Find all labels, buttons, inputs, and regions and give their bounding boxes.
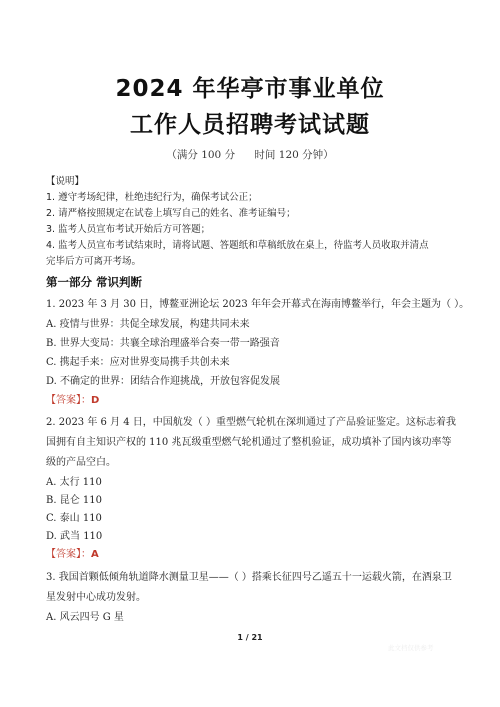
answer-value: D — [91, 395, 99, 406]
question-2-answer: 【答案】：A — [46, 548, 99, 562]
page-number: 1 / 21 — [0, 633, 500, 642]
question-2-stem-line2: 国拥有自主知识产权的 110 兆瓦级重型燃气轮机通过了整机验证，成功填补了国内该… — [46, 436, 460, 450]
question-3-stem-line1: 3. 我国首颗低倾角轨道降水测量卫星——（ ）搭乘长征四号乙遥五十一运载火箭，在… — [46, 571, 460, 585]
question-1-stem: 1. 2023 年 3 月 30 日，博鳌亚洲论坛 2023 年年会开幕式在海南… — [46, 298, 460, 312]
exam-time: 时间 120 分钟） — [254, 149, 333, 161]
document-title-line1: 2024 年华亭市事业单位 — [0, 76, 500, 102]
notice-item: 1. 遵守考场纪律，杜绝违纪行为，确保考试公正； — [46, 191, 460, 205]
question-2-option-b: B. 昆仑 110 — [46, 494, 460, 508]
question-2-option-c: C. 泰山 110 — [46, 512, 460, 526]
watermark: 此文档仅供参考 — [388, 643, 434, 652]
question-1-option-c: C. 携起手来：应对世界变局携手共创未来 — [46, 356, 460, 370]
question-2-option-a: A. 太行 110 — [46, 476, 460, 490]
question-1-option-d: D. 不确定的世界：团结合作迎挑战，开放包容促发展 — [46, 375, 460, 389]
notice-item-continued: 完毕后方可离开考场。 — [46, 255, 460, 269]
question-1-option-a: A. 疫情与世界：共促全球发展，构建共同未来 — [46, 318, 460, 332]
document-page: 2024 年华亭市事业单位 工作人员招聘考试试题 （满分 100 分 时间 12… — [0, 0, 500, 707]
notice-heading: 【说明】 — [46, 175, 460, 189]
answer-label: 【答案】： — [46, 395, 91, 406]
answer-value: A — [91, 549, 99, 560]
full-score: （满分 100 分 — [166, 149, 235, 161]
question-2-stem-line1: 2. 2023 年 6 月 4 日，中国航发（ ）重型燃气轮机在深圳通过了产品验… — [46, 416, 460, 430]
question-1-option-b: B. 世界大变局：共襄全球治理盛举合奏一带一路强音 — [46, 337, 460, 351]
question-3-option-a: A. 风云四号 G 星 — [46, 611, 460, 625]
question-2-stem-line3: 级的产品空白。 — [46, 456, 460, 470]
exam-info: （满分 100 分 时间 120 分钟） — [0, 148, 500, 162]
section-heading: 第一部分 常识判断 — [46, 274, 142, 290]
answer-label: 【答案】： — [46, 549, 91, 560]
notice-item: 2. 请严格按照规定在试卷上填写自己的姓名、准考证编号； — [46, 207, 460, 221]
document-title-line2: 工作人员招聘考试试题 — [0, 112, 500, 138]
question-3-stem-line2: 星发射中心成功发射。 — [46, 591, 460, 605]
notice-item: 3. 监考人员宣布考试开始后方可答题； — [46, 223, 460, 237]
notice-item: 4. 监考人员宣布考试结束时，请将试题、答题纸和草稿纸放在桌上，待监考人员收取并… — [46, 239, 460, 253]
question-1-answer: 【答案】：D — [46, 394, 99, 408]
question-2-option-d: D. 武当 110 — [46, 530, 460, 544]
